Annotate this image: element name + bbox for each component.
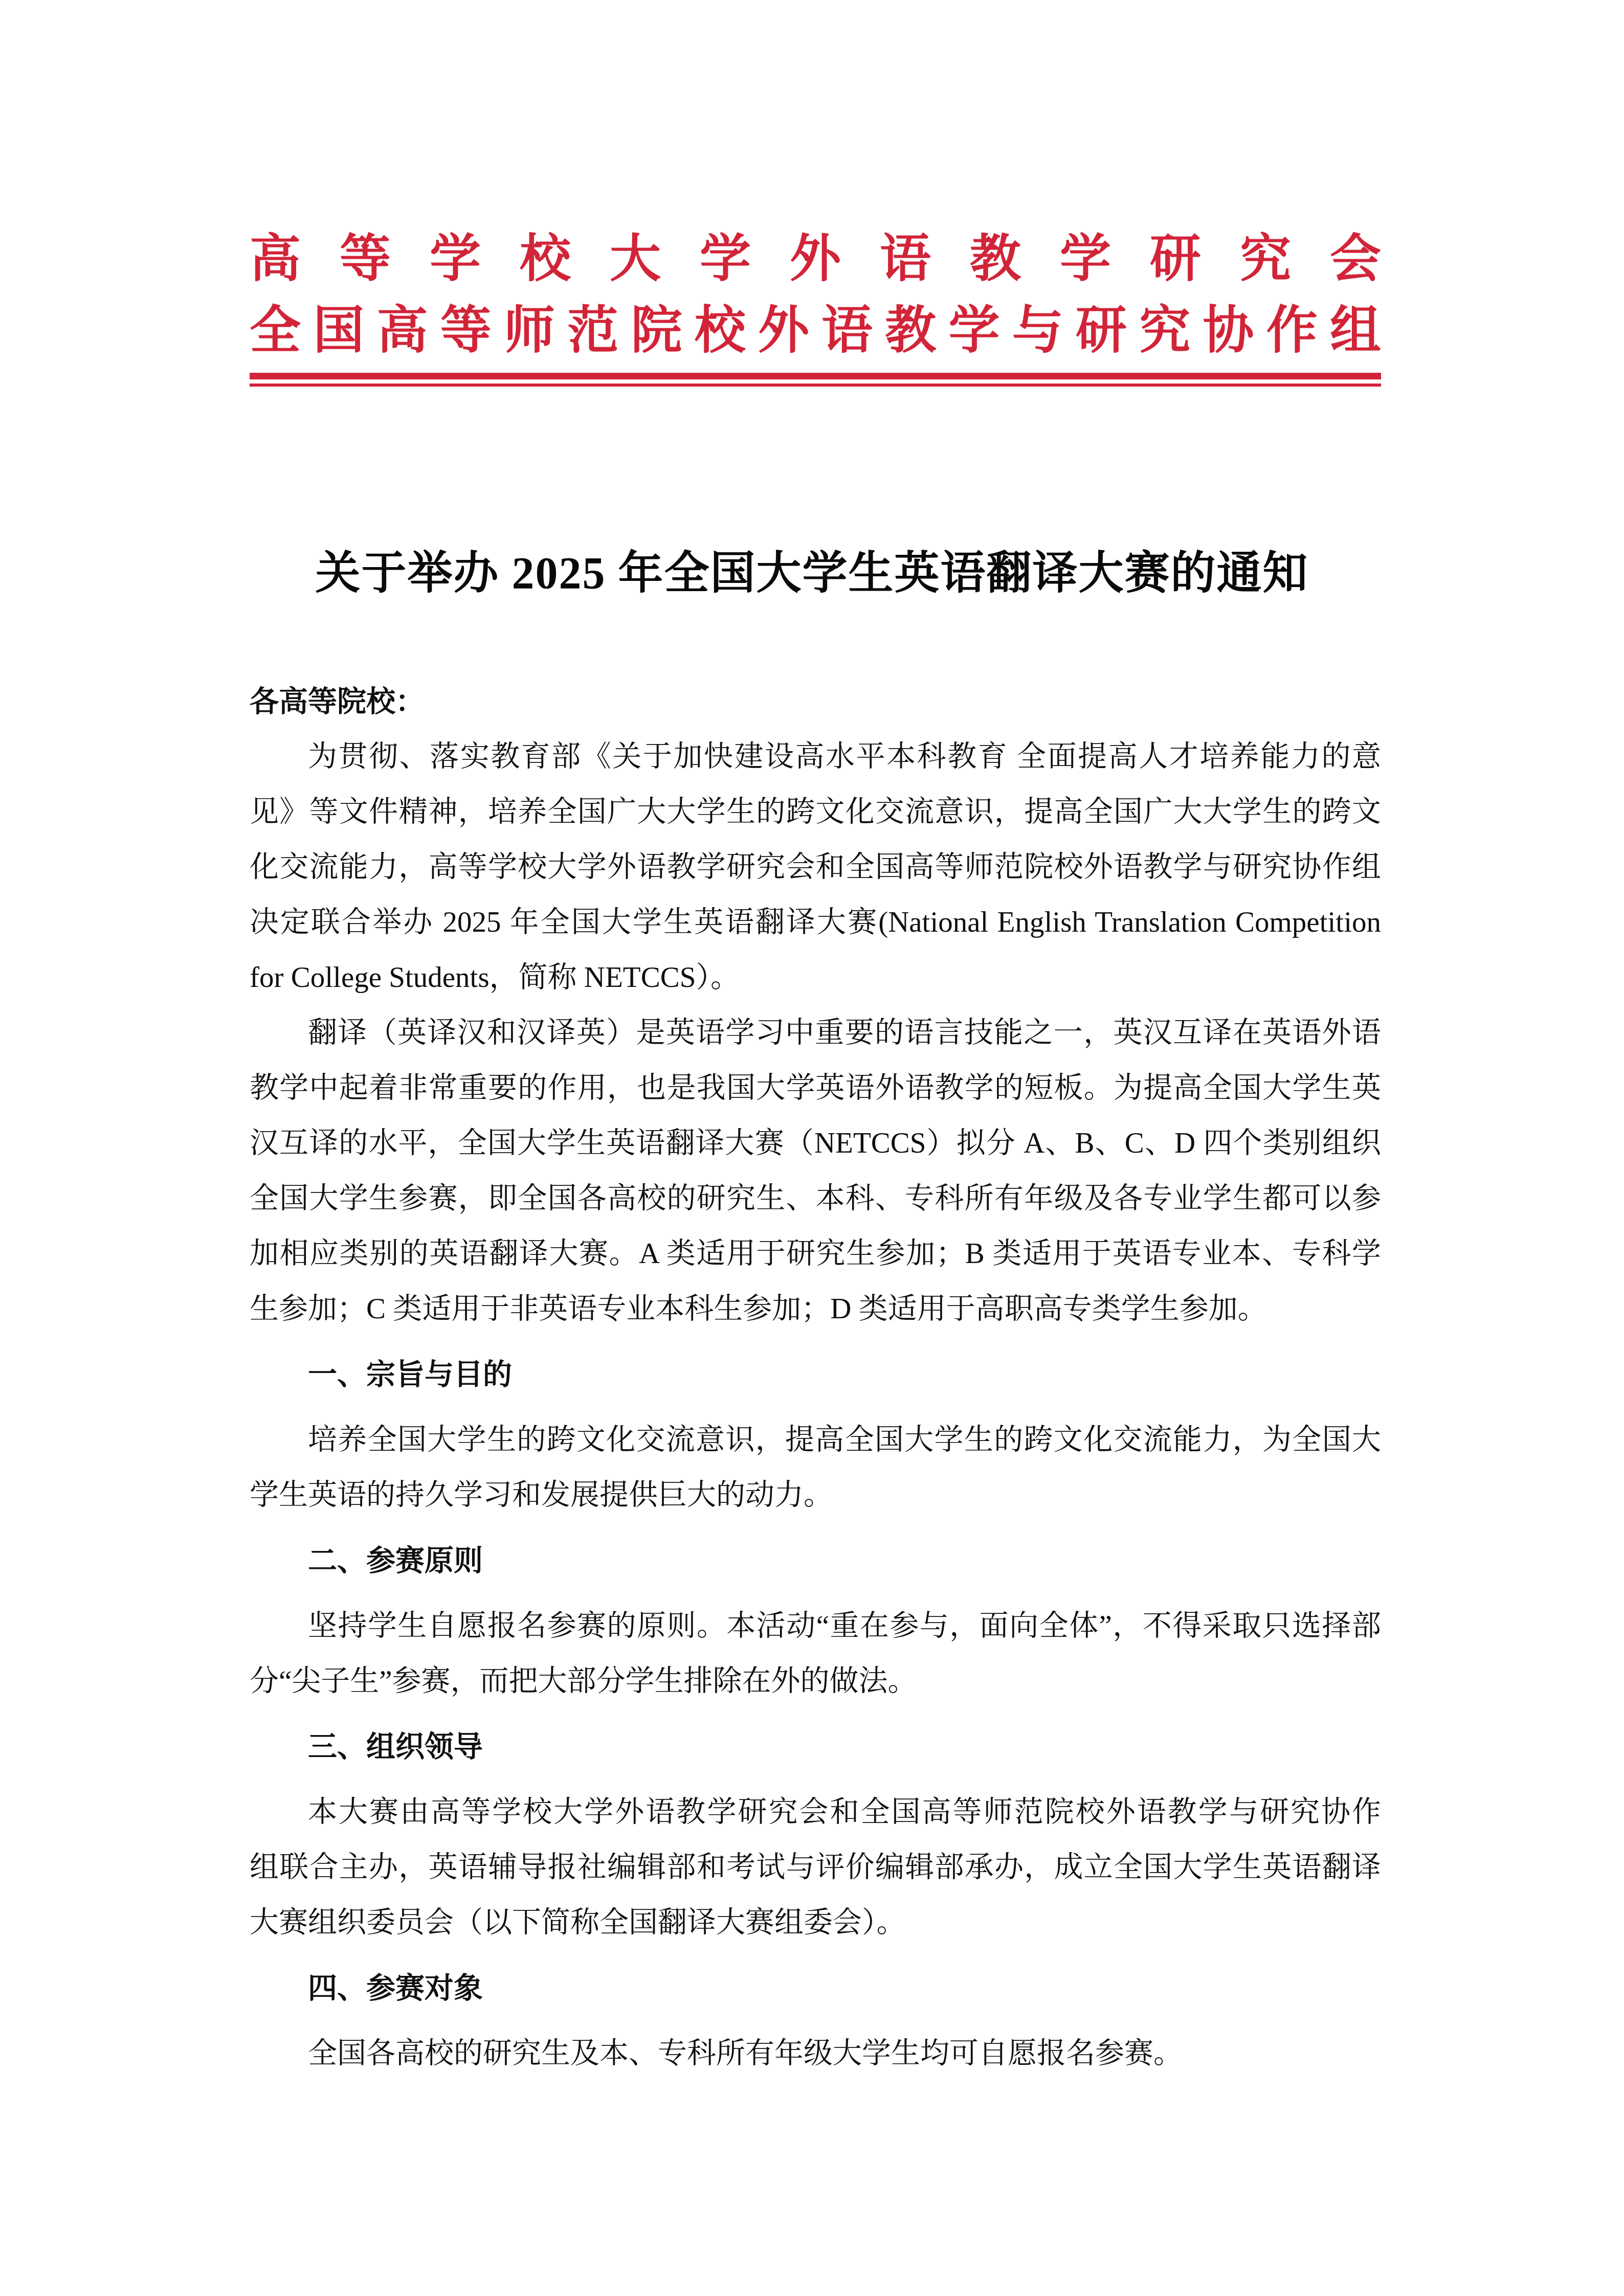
text-line: 四、参赛对象 <box>250 1961 1381 2016</box>
text-line: 见》等文件精神，培养全国广大大学生的跨文化交流意识，提高全国广大大学生的跨文 <box>250 784 1381 840</box>
document-body: 各高等院校：为贯彻、落实教育部《关于加快建设高水平本科教育 全面提高人才培养能力… <box>250 674 1381 2081</box>
letterhead-org-line-2: 全国高等师范院校外语教学与研究协作组 <box>250 295 1381 367</box>
paragraph: 全国各高校的研究生及本、专科所有年级大学生均可自愿报名参赛。 <box>250 2026 1381 2081</box>
text-line: 全国各高校的研究生及本、专科所有年级大学生均可自愿报名参赛。 <box>250 2026 1381 2081</box>
letterhead-org-line-1: 高等学校大学外语教学研究会 <box>250 223 1381 295</box>
text-line: 翻译（英译汉和汉译英）是英语学习中重要的语言技能之一，英汉互译在英语外语 <box>250 1005 1381 1061</box>
text-line: 学生英语的持久学习和发展提供巨大的动力。 <box>250 1468 1381 1523</box>
section-heading: 二、参赛原则 <box>250 1533 1381 1588</box>
document-page: 高等学校大学外语教学研究会 全国高等师范院校外语教学与研究协作组 关于举办 20… <box>0 0 1624 2296</box>
text-line: 各高等院校： <box>250 674 1381 729</box>
text-line: 二、参赛原则 <box>250 1533 1381 1588</box>
paragraph: 本大赛由高等学校大学外语教学研究会和全国高等师范院校外语教学与研究协作组联合主办… <box>250 1785 1381 1950</box>
text-line: 化交流能力，高等学校大学外语教学研究会和全国高等师范院校外语教学与研究协作组 <box>250 840 1381 895</box>
page-title: 关于举办 2025 年全国大学生英语翻译大赛的通知 <box>0 546 1624 602</box>
letterhead-rule-thin <box>250 384 1381 387</box>
letterhead-rule-thick <box>250 373 1381 379</box>
section-heading: 一、宗旨与目的 <box>250 1347 1381 1402</box>
text-line: 教学中起着非常重要的作用，也是我国大学英语外语教学的短板。为提高全国大学生英 <box>250 1061 1381 1116</box>
salutation: 各高等院校： <box>250 674 1381 729</box>
text-line: 生参加；C 类适用于非英语专业本科生参加；D 类适用于高职高专类学生参加。 <box>250 1281 1381 1337</box>
text-line: 汉互译的水平，全国大学生英语翻译大赛（NETCCS）拟分 A、B、C、D 四个类… <box>250 1116 1381 1171</box>
paragraph: 培养全国大学生的跨文化交流意识，提高全国大学生的跨文化交流能力，为全国大学生英语… <box>250 1412 1381 1523</box>
text-line: 一、宗旨与目的 <box>250 1347 1381 1402</box>
text-line: 加相应类别的英语翻译大赛。A 类适用于研究生参加；B 类适用于英语专业本、专科学 <box>250 1226 1381 1281</box>
text-line: 三、组织领导 <box>250 1719 1381 1774</box>
text-line: 分“尖子生”参赛，而把大部分学生排除在外的做法。 <box>250 1654 1381 1709</box>
paragraph: 翻译（英译汉和汉译英）是英语学习中重要的语言技能之一，英汉互译在英语外语教学中起… <box>250 1005 1381 1337</box>
paragraph: 为贯彻、落实教育部《关于加快建设高水平本科教育 全面提高人才培养能力的意见》等文… <box>250 729 1381 1005</box>
text-line: 为贯彻、落实教育部《关于加快建设高水平本科教育 全面提高人才培养能力的意 <box>250 729 1381 784</box>
text-line: 全国大学生参赛，即全国各高校的研究生、本科、专科所有年级及各专业学生都可以参 <box>250 1171 1381 1226</box>
text-line: 本大赛由高等学校大学外语教学研究会和全国高等师范院校外语教学与研究协作 <box>250 1785 1381 1840</box>
text-line: 决定联合举办 2025 年全国大学生英语翻译大赛(National Englis… <box>250 895 1381 950</box>
text-line: 培养全国大学生的跨文化交流意识，提高全国大学生的跨文化交流能力，为全国大 <box>250 1412 1381 1468</box>
letterhead: 高等学校大学外语教学研究会 全国高等师范院校外语教学与研究协作组 <box>250 223 1381 387</box>
text-line: 组联合主办，英语辅导报社编辑部和考试与评价编辑部承办，成立全国大学生英语翻译 <box>250 1840 1381 1895</box>
paragraph: 坚持学生自愿报名参赛的原则。本活动“重在参与，面向全体”，不得采取只选择部分“尖… <box>250 1599 1381 1709</box>
section-heading: 三、组织领导 <box>250 1719 1381 1774</box>
text-line: 大赛组织委员会（以下简称全国翻译大赛组委会）。 <box>250 1895 1381 1950</box>
text-line: 坚持学生自愿报名参赛的原则。本活动“重在参与，面向全体”，不得采取只选择部 <box>250 1599 1381 1654</box>
text-line: for College Students，简称 NETCCS）。 <box>250 950 1381 1005</box>
section-heading: 四、参赛对象 <box>250 1961 1381 2016</box>
